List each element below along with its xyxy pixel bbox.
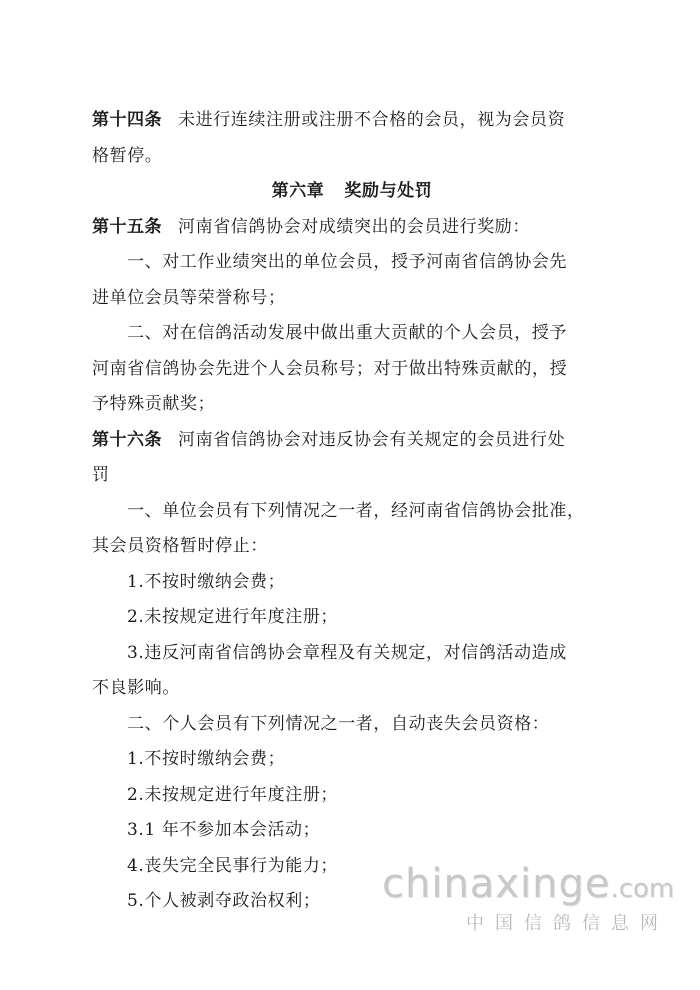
text-line: 河南省信鸽协会先进个人会员称号；对于做出特殊贡献的，授 (92, 352, 612, 388)
text-line: 予特殊贡献奖； (92, 387, 612, 423)
article-14-line1: 第十四条未进行连续注册或注册不合格的会员，视为会员资 (92, 103, 612, 139)
text-line: 不良影响。 (92, 671, 612, 707)
text-line: 进单位会员等荣誉称号； (92, 281, 612, 317)
text-line: 其会员资格暂时停止： (92, 529, 612, 565)
watermark-tld: .com (610, 874, 674, 904)
clause-line: 二、个人会员有下列情况之一者，自动丧失会员资格： (92, 707, 612, 743)
clause-line: 一、单位会员有下列情况之一者，经河南省信鸽协会批准， (92, 494, 612, 530)
list-item: 3.违反河南省信鸽协会章程及有关规定，对信鸽活动造成 (92, 636, 612, 672)
document-page: 第十四条未进行连续注册或注册不合格的会员，视为会员资 格暂停。 第六章奖励与处罚… (92, 103, 612, 920)
article-label: 第十五条 (92, 217, 162, 237)
text-line: 格暂停。 (92, 139, 612, 175)
watermark-cn-name: 中国信鸽信息网 (466, 911, 682, 937)
clause-line: 二、对在信鸽活动发展中做出重大贡献的个人会员，授予 (92, 316, 612, 352)
article-text: 未进行连续注册或注册不合格的会员，视为会员资 (178, 110, 565, 130)
list-item: 2.未按规定进行年度注册； (92, 600, 612, 636)
article-15-line1: 第十五条河南省信鸽协会对成绩突出的会员进行奖励： (92, 210, 612, 246)
text-line: 罚 (92, 458, 612, 494)
article-16-line1: 第十六条河南省信鸽协会对违反协会有关规定的会员进行处 (92, 423, 612, 459)
watermark-domain: chinaxinge.com (382, 862, 682, 911)
article-text: 河南省信鸽协会对违反协会有关规定的会员进行处 (178, 430, 565, 450)
chapter-number: 第六章 (272, 181, 325, 201)
list-item: 1.不按时缴纳会费； (92, 742, 612, 778)
article-label: 第十六条 (92, 430, 162, 450)
list-item: 1.不按时缴纳会费； (92, 565, 612, 601)
article-text: 河南省信鸽协会对成绩突出的会员进行奖励： (178, 217, 530, 237)
chapter-title: 奖励与处罚 (344, 181, 432, 201)
list-item: 3.1 年不参加本会活动； (92, 813, 612, 849)
watermark-site: chinaxinge (382, 861, 610, 907)
list-item: 2.未按规定进行年度注册； (92, 778, 612, 814)
clause-line: 一、对工作业绩突出的单位会员，授予河南省信鸽协会先 (92, 245, 612, 281)
site-watermark: chinaxinge.com 中国信鸽信息网 (382, 862, 682, 937)
chapter-heading: 第六章奖励与处罚 (92, 174, 612, 210)
article-label: 第十四条 (92, 110, 162, 130)
